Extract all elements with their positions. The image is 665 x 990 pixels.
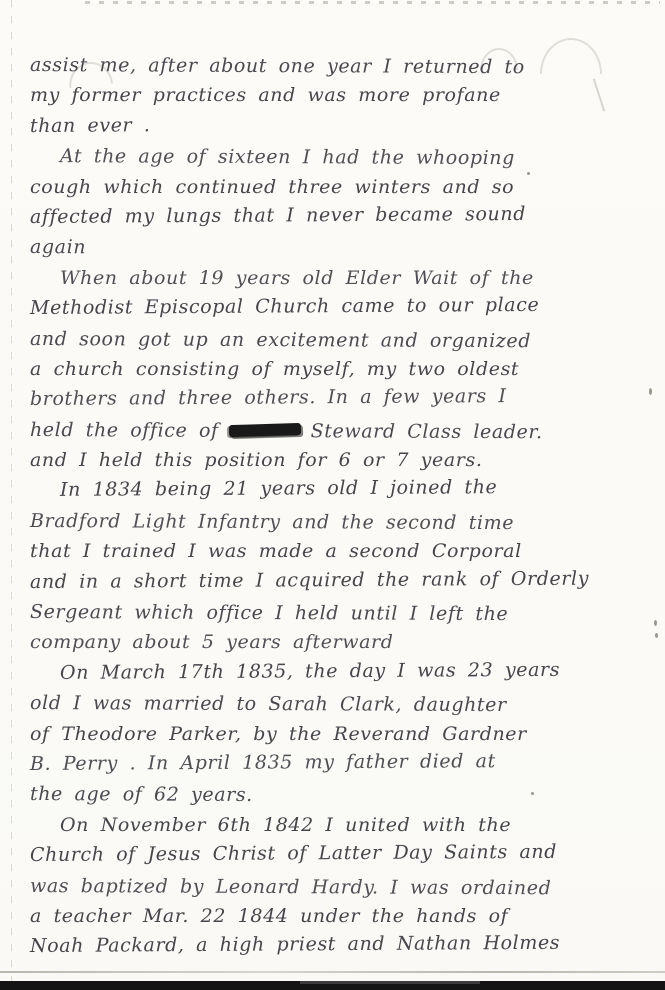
handwritten-line: affected my lungs that I never became so… (30, 198, 651, 232)
handwritten-line: In 1834 being 21 years old I joined the (30, 472, 651, 506)
paper-bottom-edge (0, 971, 665, 973)
handwritten-line: Noah Packard, a high priest and Nathan H… (30, 928, 651, 962)
handwritten-text-block: assist me, after about one year I return… (30, 50, 651, 962)
handwritten-line: On November 6th 1842 I united with the (30, 810, 651, 840)
handwritten-line: On March 17th 1835, the day I was 23 yea… (30, 654, 651, 688)
handwritten-line: a teacher Mar. 22 1844 under the hands o… (30, 901, 651, 931)
handwritten-line: B. Perry . In April 1835 my father died … (30, 745, 651, 779)
handwritten-line: Bradford Light Infantry and the second t… (30, 506, 651, 539)
perforation-edge (85, 1, 660, 4)
handwritten-line: Methodist Episcopal Church came to our p… (30, 289, 651, 323)
handwritten-line: cough which continued three winters and … (30, 172, 651, 202)
handwritten-line: and in a short time I acquired the rank … (30, 563, 651, 597)
handwritten-text: Steward Class leader. (311, 420, 543, 443)
handwritten-line: At the age of sixteen I had the whooping (30, 141, 651, 174)
handwritten-line: was baptized by Leonard Hardy. I was ord… (30, 871, 651, 904)
handwritten-line: old I was married to Sarah Clark, daught… (30, 688, 651, 721)
handwritten-line: again (30, 232, 651, 265)
scanned-page: assist me, after about one year I return… (0, 0, 665, 990)
scanner-dark-band (0, 981, 665, 990)
handwritten-line: Church of Jesus Christ of Latter Day Sai… (30, 836, 651, 870)
handwritten-line: Sergeant which office I held until I lef… (30, 597, 651, 630)
ink-speck (654, 620, 657, 626)
handwritten-text: held the office of (30, 419, 219, 442)
redaction-mark (229, 423, 301, 437)
handwritten-line: than ever . (30, 107, 651, 141)
handwritten-line: of Theodore Parker, by the Reverand Gard… (30, 719, 651, 749)
handwritten-line: held the office ofSteward Class leader. (30, 415, 651, 448)
ink-speck (655, 633, 658, 638)
handwritten-line: the age of 62 years. (30, 779, 651, 812)
handwritten-line: a church consisting of myself, my two ol… (30, 354, 651, 384)
handwritten-line: that I trained I was made a second Corpo… (30, 536, 651, 566)
handwritten-line: my former practices and was more profane (30, 80, 651, 110)
handwritten-line: assist me, after about one year I return… (30, 50, 651, 83)
handwritten-line: and soon got up an excitement and organi… (30, 324, 651, 357)
paper-left-edge (11, 0, 12, 990)
handwritten-line: brothers and three others. In a few year… (30, 381, 651, 415)
handwritten-line: When about 19 years old Elder Wait of th… (30, 263, 651, 293)
handwritten-line: company about 5 years afterward (30, 627, 651, 657)
